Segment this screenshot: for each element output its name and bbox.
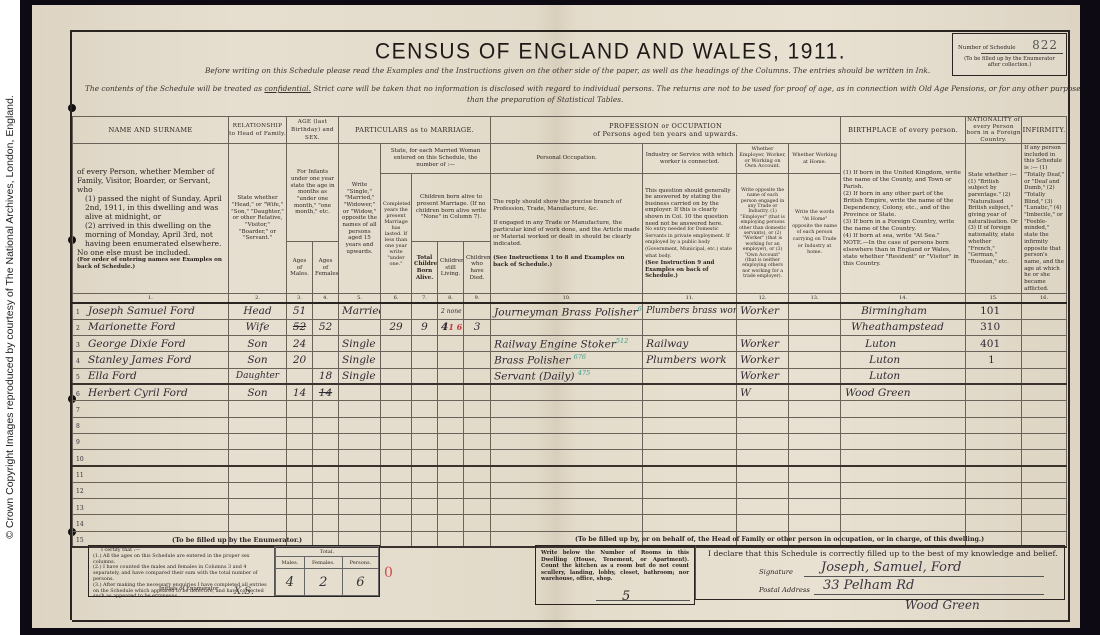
children-living-cell (438, 352, 464, 368)
age-male-cell: 51 (287, 303, 313, 319)
enumerator-certification: I certify that :— (1.) All the ages on t… (89, 546, 275, 596)
at-home-cell (789, 352, 841, 368)
name-cell: 9 (73, 433, 229, 449)
table-row: 4Stanley James Ford Son 20 Single Brass … (73, 352, 1067, 368)
infirmity-cell (1022, 352, 1067, 368)
years-married-description: Completed years the present Marriage has… (381, 174, 412, 294)
industry-description: This question should generally be answer… (643, 174, 737, 294)
birthplace-description: (1) If born in the United Kingdom, write… (841, 144, 966, 294)
employer-cell: Worker (737, 303, 789, 319)
age-male-cell (287, 368, 313, 384)
total-children-cell (412, 352, 438, 368)
children-description: Children born alive to present Marriage.… (412, 174, 491, 242)
employer-description: Write opposite the name of each person e… (737, 174, 789, 294)
industry-cell (643, 319, 737, 335)
birthplace-cell: Luton (841, 336, 966, 352)
age-female-cell: 18 (313, 368, 339, 384)
column-number: 10. (491, 294, 643, 303)
condition-cell: Single (339, 336, 381, 352)
children-living-cell (438, 384, 464, 400)
relationship-cell: Daughter (229, 368, 287, 384)
industry-cell: Railway (643, 336, 737, 352)
rooms-instruction: Write below the Number of Rooms in this … (541, 550, 689, 583)
age-description: For Infants under one year state the age… (287, 144, 339, 242)
years-married-cell: 29 (381, 319, 412, 335)
totals-table: Total. Males. Females. Persons. 4 2 6 (275, 546, 379, 596)
years-married-cell (381, 384, 412, 400)
employer-label: Whether Employer, Worker, or Working on … (737, 144, 789, 174)
column-number: 8. (438, 294, 464, 303)
nationality-description: State whether :— (1) "British subject by… (966, 144, 1022, 294)
nationality-cell (966, 384, 1022, 400)
age-female-cell: 14 (313, 384, 339, 400)
employer-cell: W (737, 384, 789, 400)
personal-occupation-label: Personal Occupation. (491, 144, 643, 174)
years-married-cell (381, 368, 412, 384)
condition-cell (339, 319, 381, 335)
column-number: 4. (313, 294, 339, 303)
birthplace-cell: Wheathampstead (841, 319, 966, 335)
signature-value: Joseph, Samuel, Ford (821, 560, 962, 575)
total-children-cell (412, 336, 438, 352)
at-home-cell (789, 368, 841, 384)
children-living-cell (438, 336, 464, 352)
initials-label: Initials of Enumerator (159, 587, 219, 593)
condition-description: Write "Single," "Married," "Widower," or… (339, 144, 381, 294)
header-birthplace: BIRTHPLACE of every person. (841, 117, 966, 144)
name-cell: 14 (73, 515, 229, 531)
condition-cell: Married (339, 303, 381, 319)
table-row: 5Ella Ford Daughter 18 Single Servant (D… (73, 368, 1067, 384)
name-cell: 12 (73, 482, 229, 498)
header-name: NAME AND SURNAME (73, 117, 229, 144)
table-row: 13 (73, 499, 1067, 515)
married-woman-description: State, for each Married Woman entered on… (381, 144, 491, 174)
relationship-cell: Wife (229, 319, 287, 335)
birthplace-cell: Luton (841, 352, 966, 368)
table-row: 6Herbert Cyril Ford Son 14 14 W Wood Gre… (73, 384, 1067, 400)
at-home-cell (789, 319, 841, 335)
name-cell: 8 (73, 417, 229, 433)
rooms-count: 5 (622, 594, 630, 601)
copyright-credit: © Crown Copyright Images reproduced by c… (0, 0, 20, 635)
table-row: 2Marionette Ford Wife 52 52 29 9 41 6 3 … (73, 319, 1067, 335)
column-number: 14. (841, 294, 966, 303)
children-died-cell (464, 368, 491, 384)
children-living-cell: 41 6 (438, 319, 464, 335)
relationship-cell: Son (229, 384, 287, 400)
table-row: 10 (73, 450, 1067, 466)
column-number: 15. (966, 294, 1022, 303)
industry-cell: Plumbers brass work (643, 303, 737, 319)
children-died-cell (464, 384, 491, 400)
at-home-cell (789, 384, 841, 400)
column-number: 9. (464, 294, 491, 303)
table-row: 3George Dixie Ford Son 24 Single Railway… (73, 336, 1067, 352)
age-female-cell (313, 336, 339, 352)
schedule-number-note: (To be filled up by the Enumerator after… (957, 56, 1062, 68)
industry-label: Industry or Service with which worker is… (643, 144, 737, 174)
children-died-cell (464, 303, 491, 319)
total-children-cell (412, 368, 438, 384)
personal-occupation-description: The reply should show the precise branch… (491, 174, 643, 294)
schedule-number-label: Number of Schedule (958, 45, 1016, 51)
address-line1: 33 Pelham Rd (823, 578, 914, 593)
household-caption: (To be filled up by, or on behalf of, th… (575, 536, 984, 543)
name-cell: 2Marionette Ford (73, 319, 229, 335)
infirmity-description: If any person included in this Schedule … (1022, 144, 1067, 294)
address-line2: Wood Green (905, 598, 980, 612)
males-label: Males. (276, 557, 305, 569)
column-number: 12. (737, 294, 789, 303)
birthplace-cell: Birmingham (841, 303, 966, 319)
confidential-notice: The contents of the Schedule will be tre… (85, 84, 1081, 93)
condition-cell: Single (339, 368, 381, 384)
name-cell: 10 (73, 450, 229, 466)
infirmity-cell (1022, 336, 1067, 352)
infirmity-cell (1022, 384, 1067, 400)
occupation-cell: Journeyman Brass Polisher676 (491, 303, 643, 319)
children-died-cell: 3 (464, 319, 491, 335)
red-mark: 0 (384, 565, 393, 581)
name-cell: 6Herbert Cyril Ford (73, 384, 229, 400)
header-relationship: RELATIONSHIP to Head of Family. (229, 117, 287, 144)
instruction-text: Before writing on this Schedule please r… (205, 66, 930, 75)
years-married-cell (381, 303, 412, 319)
industry-cell (643, 368, 737, 384)
schedule-number-value: 822 (1032, 38, 1058, 52)
total-females: 2 (304, 569, 342, 596)
at-home-description: Write the words "At Home" opposite the n… (789, 174, 841, 294)
at-home-label: Whether Working at Home. (789, 144, 841, 174)
census-table: NAME AND SURNAME RELATIONSHIP to Head of… (72, 116, 1067, 548)
totals-label: Total. (276, 547, 379, 557)
table-row: 11 (73, 466, 1067, 482)
address-label: Postal Address (759, 586, 810, 594)
infirmity-cell (1022, 303, 1067, 319)
children-living-cell (438, 368, 464, 384)
name-cell: 11 (73, 466, 229, 482)
industry-cell: Plumbers work (643, 352, 737, 368)
header-marriage: PARTICULARS as to MARRIAGE. (339, 117, 491, 144)
condition-cell (339, 384, 381, 400)
signature-label: Signature (759, 568, 793, 576)
nationality-cell: 401 (966, 336, 1022, 352)
name-cell: 5Ella Ford (73, 368, 229, 384)
at-home-cell (789, 303, 841, 319)
birthplace-cell: Luton (841, 368, 966, 384)
children-living-cell: 2 none (438, 303, 464, 319)
enumerator-caption: (To be filled up by the Enumerator.) (172, 536, 302, 544)
table-row: 1Joseph Samuel Ford Head 51 Married 2 no… (73, 303, 1067, 319)
total-persons: 6 (342, 569, 378, 596)
children-died-cell (464, 336, 491, 352)
total-children-cell (412, 303, 438, 319)
years-married-cell (381, 336, 412, 352)
age-male-cell: 24 (287, 336, 313, 352)
ages-males-label: Ages of Males. (287, 242, 313, 294)
enumerator-box: I certify that :— (1.) All the ages on t… (88, 545, 380, 597)
column-number: 13. (789, 294, 841, 303)
persons-label: Persons. (342, 557, 378, 569)
infirmity-cell (1022, 368, 1067, 384)
industry-cell (643, 384, 737, 400)
name-cell: 4Stanley James Ford (73, 352, 229, 368)
nationality-cell: 101 (966, 303, 1022, 319)
employer-cell: Worker (737, 336, 789, 352)
total-children-cell (412, 384, 438, 400)
occupation-cell: Railway Engine Stoker512 (491, 336, 643, 352)
nationality-cell (966, 368, 1022, 384)
rooms-box: Write below the Number of Rooms in this … (535, 545, 695, 605)
name-cell: 3George Dixie Ford (73, 336, 229, 352)
relationship-description: State whether "Head," or "Wife," "Son," … (229, 144, 287, 294)
table-row: 12 (73, 482, 1067, 498)
column-number: 6. (381, 294, 412, 303)
column-number: 16. (1022, 294, 1067, 303)
header-age: AGE (last Birthday) and SEX. (287, 117, 339, 144)
table-row: 7 (73, 401, 1067, 417)
total-children-cell: 9 (412, 319, 438, 335)
infirmity-cell (1022, 319, 1067, 335)
birthplace-cell: Wood Green (841, 384, 966, 400)
schedule-number-box: Number of Schedule 822 (To be filled up … (952, 33, 1067, 76)
occupation-cell (491, 319, 643, 335)
age-female-cell: 52 (313, 319, 339, 335)
nationality-cell: 310 (966, 319, 1022, 335)
name-cell: 13 (73, 499, 229, 515)
employer-cell (737, 319, 789, 335)
column-number: 7. (412, 294, 438, 303)
age-male-cell: 14 (287, 384, 313, 400)
age-female-cell (313, 303, 339, 319)
name-cell: 1Joseph Samuel Ford (73, 303, 229, 319)
relationship-cell: Son (229, 352, 287, 368)
name-description: of every Person, whether Member of Famil… (73, 144, 229, 294)
relationship-cell: Head (229, 303, 287, 319)
header-occupation: PROFESSION or OCCUPATIONof Persons aged … (491, 117, 841, 144)
children-died-label: Children who have Died. (464, 242, 491, 294)
condition-cell: Single (339, 352, 381, 368)
age-male-cell: 20 (287, 352, 313, 368)
table-row: 8 (73, 417, 1067, 433)
at-home-cell (789, 336, 841, 352)
relationship-cell: Son (229, 336, 287, 352)
total-children-label: Total Children Born Alive. (412, 242, 438, 294)
females-label: Females. (304, 557, 342, 569)
occupation-cell: Servant (Daily) 475 (491, 368, 643, 384)
column-number: 11. (643, 294, 737, 303)
header-nationality: NATIONALITY of every Person born in a Fo… (966, 117, 1022, 144)
employer-cell: Worker (737, 368, 789, 384)
age-male-cell: 52 (287, 319, 313, 335)
occupation-cell (491, 384, 643, 400)
table-row: 14 (73, 515, 1067, 531)
bottom-rule (72, 620, 1070, 622)
name-cell: 7 (73, 401, 229, 417)
enumerator-initials: X.S. (234, 589, 254, 595)
total-males: 4 (276, 569, 305, 596)
column-number: 1. (73, 294, 229, 303)
page-title: CENSUS OF ENGLAND AND WALES, 1911. (375, 39, 846, 64)
employer-cell: Worker (737, 352, 789, 368)
ages-females-label: Ages of Females. (313, 242, 339, 294)
credit-text: © Crown Copyright Images reproduced by c… (4, 95, 16, 539)
table-row: 9 (73, 433, 1067, 449)
column-number: 2. (229, 294, 287, 303)
nationality-cell: 1 (966, 352, 1022, 368)
age-female-cell (313, 352, 339, 368)
children-died-cell (464, 352, 491, 368)
column-number: 5. (339, 294, 381, 303)
declaration-text: I declare that this Schedule is correctl… (708, 549, 1058, 558)
years-married-cell (381, 352, 412, 368)
occupation-cell: Brass Polisher 676 (491, 352, 643, 368)
confidential-notice-line2: than the preparation of Statistical Tabl… (467, 95, 623, 104)
children-living-label: Children still Living. (438, 242, 464, 294)
declaration-box: I declare that this Schedule is correctl… (695, 545, 1065, 600)
header-infirmity: INFIRMITY. (1022, 117, 1067, 144)
column-number: 3. (287, 294, 313, 303)
